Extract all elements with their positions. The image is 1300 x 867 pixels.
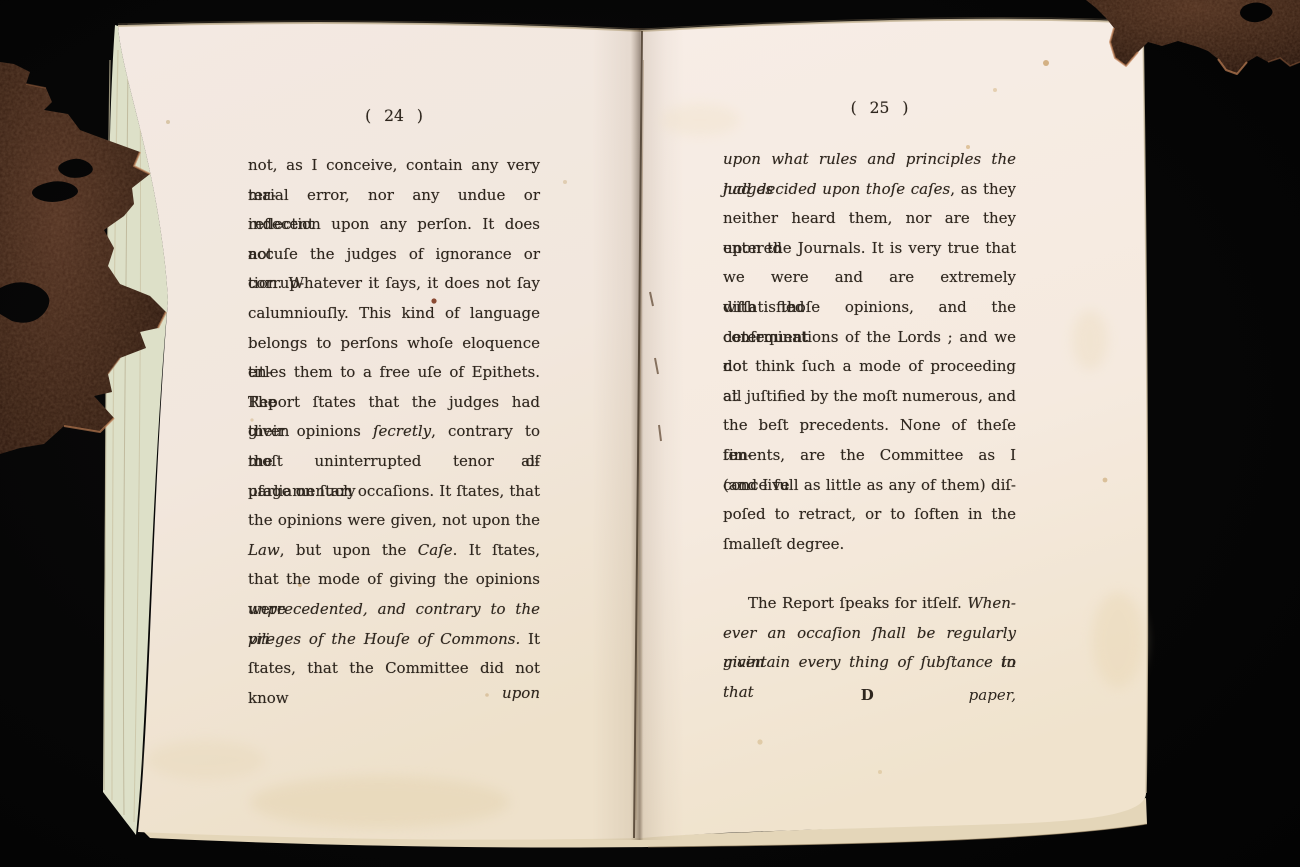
text-segment: all juſtified by the moſt numerous, and xyxy=(723,387,1016,405)
text-line: had decided upon thoſe caſes, as they xyxy=(723,175,1016,205)
text-line: moſt uninterrupted tenor of parliamentar… xyxy=(248,447,540,477)
metal-ornament-left xyxy=(0,52,200,482)
text-line: the beſt precedents. None of theſe ſen- xyxy=(723,411,1016,441)
page-25-text-block: upon what rules and principles the judge… xyxy=(723,145,1016,678)
text-segment: , as they xyxy=(950,180,1016,198)
metal-ornament-top-right xyxy=(1080,0,1300,90)
header-close-paren: ) xyxy=(417,107,423,125)
page-25-header: ( 25 ) xyxy=(733,99,1026,117)
text-line: maintain every thing of ſubſtance in tha… xyxy=(723,648,1016,678)
text-line: tion. Whatever it ſays, it does not ſay xyxy=(248,269,540,299)
text-line: vileges of the Houſe of Commons. It xyxy=(248,625,540,655)
text-line: the opinions were given, not upon the xyxy=(248,506,540,536)
text-line: belongs to perſons whoſe eloquence en- xyxy=(248,329,540,359)
text-segment: had decided upon thoſe caſes xyxy=(723,180,950,198)
text-segment: poſed to retract, or to ſoften in the xyxy=(723,505,1016,523)
page-24-text-block: not, as I conceive, contain any very ma-… xyxy=(248,151,540,684)
text-segment: ſmalleſt degree. xyxy=(723,535,844,553)
page-number-24: 24 xyxy=(384,107,404,125)
text-line: ſmalleſt degree. xyxy=(723,530,1016,560)
text-line: reflection upon any perſon. It does not xyxy=(248,210,540,240)
text-line: upon the Journals. It is very true that xyxy=(723,234,1016,264)
text-line: uſage on ſuch occaſions. It ſtates, that xyxy=(248,477,540,507)
text-segment: When- xyxy=(967,594,1016,612)
text-line: that the mode of giving the opinions wer… xyxy=(248,565,540,595)
text-line: all juſtified by the moſt numerous, and xyxy=(723,382,1016,412)
text-segment: Law xyxy=(248,541,280,559)
text-line: unprecedented, and contrary to the pri- xyxy=(248,595,540,625)
text-segment: upon the Journals. It is very true that xyxy=(723,239,1016,257)
text-segment: . It ſtates, xyxy=(453,541,540,559)
text-segment: Caſe xyxy=(418,541,453,559)
text-line: The Report ſpeaks for itſelf. When- xyxy=(723,589,1016,619)
text-line: not, as I conceive, contain any very ma- xyxy=(248,151,540,181)
text-segment: vileges of the Houſe of Commons. xyxy=(248,630,520,648)
paragraph-gap xyxy=(723,559,1016,589)
text-line: terial error, nor any undue or indecent xyxy=(248,181,540,211)
header-open-paren: ( xyxy=(365,107,371,125)
text-segment: calumniouſly. This kind of language xyxy=(248,304,540,322)
text-line: determinations of the Lords ; and we do xyxy=(723,323,1016,353)
text-segment: The Report ſpeaks for itſelf. xyxy=(748,594,967,612)
text-line: ſtates, that the Committee did not know xyxy=(248,654,540,684)
page-number-25: 25 xyxy=(870,99,890,117)
text-line: their opinions ſecretly, contrary to the… xyxy=(248,417,540,447)
catchword-page-24: upon xyxy=(248,684,540,702)
catchword-page-25: paper, xyxy=(969,681,1016,711)
text-line: ever an occaſion ſhall be regularly give… xyxy=(723,619,1016,649)
text-segment: the opinions were given, not upon the xyxy=(248,511,540,529)
text-line: titles them to a free uſe of Epithets. T… xyxy=(248,358,540,388)
text-line: accuſe the judges of ignorance or corrup… xyxy=(248,240,540,270)
text-line: (and I full as little as any of them) di… xyxy=(723,471,1016,501)
header-close-paren: ) xyxy=(902,99,908,117)
text-line: with thoſe opinions, and the conſequent xyxy=(723,293,1016,323)
page-24-header: ( 24 ) xyxy=(248,107,540,125)
text-line: calumniouſly. This kind of language xyxy=(248,299,540,329)
text-segment: , but upon the xyxy=(280,541,418,559)
text-line: Report ſtates that the judges had given xyxy=(248,388,540,418)
text-line: not think ſuch a mode of proceeding at xyxy=(723,352,1016,382)
text-line: Law, but upon the Caſe. It ſtates, xyxy=(248,536,540,566)
text-line: neither heard them, nor are they entered xyxy=(723,204,1016,234)
text-segment: (and I full as little as any of them) di… xyxy=(723,476,1016,494)
text-line: we were and are extremely diſſatisfied xyxy=(723,263,1016,293)
text-line: upon what rules and principles the judge… xyxy=(723,145,1016,175)
text-line: timents, are the Committee as I conceive xyxy=(723,441,1016,471)
signature-line: D paper, xyxy=(723,681,1016,711)
text-segment: uſage on ſuch occaſions. It ſtates, that xyxy=(248,482,540,500)
text-segment: their opinions xyxy=(248,422,373,440)
text-segment: It xyxy=(520,630,540,648)
text-line: poſed to retract, or to ſoften in the xyxy=(723,500,1016,530)
signature-mark: D xyxy=(861,681,875,711)
text-segment: ſecretly xyxy=(373,422,431,440)
text-segment: tion. Whatever it ſays, it does not ſay xyxy=(248,274,540,292)
header-open-paren: ( xyxy=(851,99,857,117)
